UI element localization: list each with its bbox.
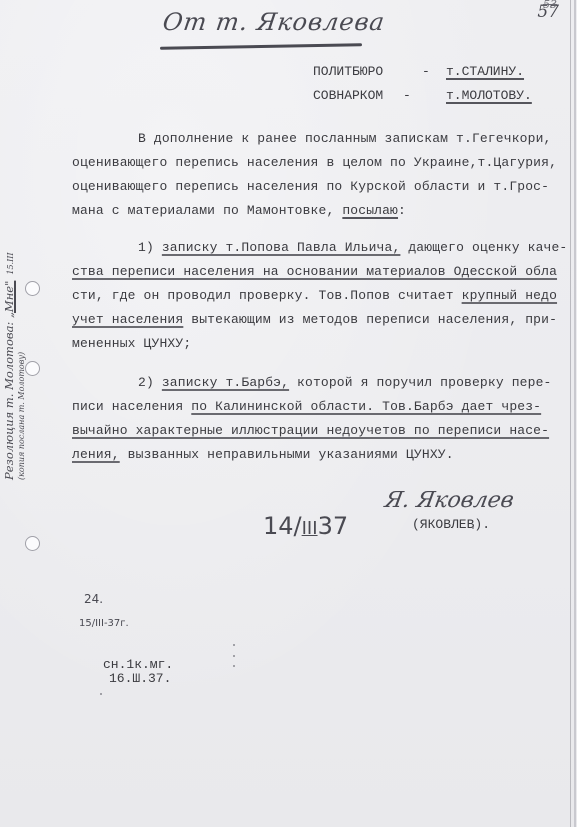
- body-line: оценивающего перепись населения в целом …: [72, 155, 557, 170]
- item1-line: учет населения вытекающим из методов пер…: [72, 312, 557, 327]
- page-edge-line: [570, 0, 571, 827]
- addressee-org-politburo: ПОЛИТБЮРО: [313, 64, 383, 79]
- typist-date: 16.Ш.37.: [109, 671, 171, 686]
- registry-number: 24.: [84, 592, 103, 606]
- paper-speck: [233, 644, 235, 646]
- underlined-text: ления,: [72, 447, 120, 462]
- underlined-text: записку т.Попова Павла Ильича,: [162, 240, 401, 255]
- item2-line: вычайно характерные иллюстрации недоучет…: [72, 423, 549, 438]
- paper-speck: [472, 527, 474, 529]
- date-month: III: [302, 518, 318, 539]
- body-text: писи населения: [72, 399, 191, 414]
- item1-line: мененных ЦУНХУ;: [72, 336, 191, 351]
- paper-speck: [233, 665, 235, 667]
- underlined-text: учет населения: [72, 312, 183, 327]
- underlined-text: посылаю: [342, 203, 398, 218]
- item-number: 1): [138, 240, 162, 255]
- item2-line: 2) записку т.Барбэ, которой я поручил пр…: [138, 375, 552, 390]
- margin-note-line1: Резолюция т. Молотова: „Мне"15.III: [2, 252, 16, 480]
- handwritten-date: 14/III37: [263, 512, 348, 540]
- underlined-text: вычайно характерные иллюстрации недоучет…: [72, 423, 549, 438]
- body-text: :: [398, 203, 406, 218]
- body-text: мана с материалами по Мамонтовке,: [72, 203, 342, 218]
- body-text: дающего оценку каче-: [400, 240, 567, 255]
- underlined-text: ства переписи населения на основании мат…: [72, 264, 557, 279]
- item1-line: ства переписи населения на основании мат…: [72, 264, 557, 279]
- date-year: 37: [318, 512, 349, 540]
- addressee-stalin: т.СТАЛИНУ.: [446, 64, 524, 79]
- page-edge-shadow: [574, 0, 576, 827]
- addressee-dash: -: [403, 88, 411, 103]
- item1-line: 1) записку т.Попова Павла Ильича, дающег…: [138, 240, 567, 255]
- resolution-date: 15.III: [6, 252, 15, 274]
- typist-mark: сн.1к.мг.: [103, 657, 173, 672]
- item2-line: ления, вызванных неправильными указаниям…: [72, 447, 454, 462]
- resolution-label: Резолюция т. Молотова:: [2, 318, 16, 480]
- addressee-dash: -: [422, 64, 430, 79]
- header-underline: [160, 43, 362, 50]
- archive-page-number: 53 57: [537, 2, 559, 22]
- body-line: мана с материалами по Мамонтовке, посыла…: [72, 203, 406, 218]
- date-day: 14/: [263, 512, 302, 540]
- resolution-text: „Мне": [2, 281, 16, 318]
- body-text: вызванных неправильными указаниями ЦУНХУ…: [120, 447, 454, 462]
- underlined-text: записку т.Барбэ,: [162, 375, 289, 390]
- punch-hole: [25, 361, 40, 376]
- item1-line: сти, где он проводил проверку. Тов.Попов…: [72, 288, 557, 303]
- body-text: которой я поручил проверку пере-: [289, 375, 551, 390]
- handwritten-header: От т. Яковлева: [161, 8, 387, 36]
- typed-signature: (ЯКОВЛЕВ).: [412, 517, 490, 532]
- body-text: вытекающим из методов переписи населения…: [183, 312, 557, 327]
- item-number: 2): [138, 375, 162, 390]
- item2-line: писи населения по Калининской области. Т…: [72, 399, 541, 414]
- registry-date: 15/III-37г.: [79, 618, 129, 629]
- body-line: оценивающего перепись населения по Курск…: [72, 179, 549, 194]
- body-line: В дополнение к ранее посланным запискам …: [138, 131, 551, 146]
- body-text: сти, где он проводил проверку. Тов.Попов…: [72, 288, 462, 303]
- underlined-text: по Калининской области. Тов.Барбэ дает ч…: [191, 399, 541, 414]
- underlined-text: крупный недо: [462, 288, 557, 303]
- paper-speck: [233, 655, 235, 657]
- addressee-molotov: т.МОЛОТОВУ.: [446, 88, 532, 103]
- document-page: От т. Яковлева 53 57 ПОЛИТБЮРО - т.СТАЛИ…: [0, 0, 577, 827]
- addressee-org-sovnarkom: СОВНАРКОМ: [313, 88, 383, 103]
- crossed-page-number: 53: [543, 0, 557, 11]
- punch-hole: [25, 536, 40, 551]
- margin-resolution-note: Резолюция т. Молотова: „Мне"15.III (копи…: [2, 252, 26, 480]
- handwritten-signature: Я. Яковлев: [383, 488, 516, 513]
- paper-speck: [100, 693, 102, 695]
- punch-hole: [25, 281, 40, 296]
